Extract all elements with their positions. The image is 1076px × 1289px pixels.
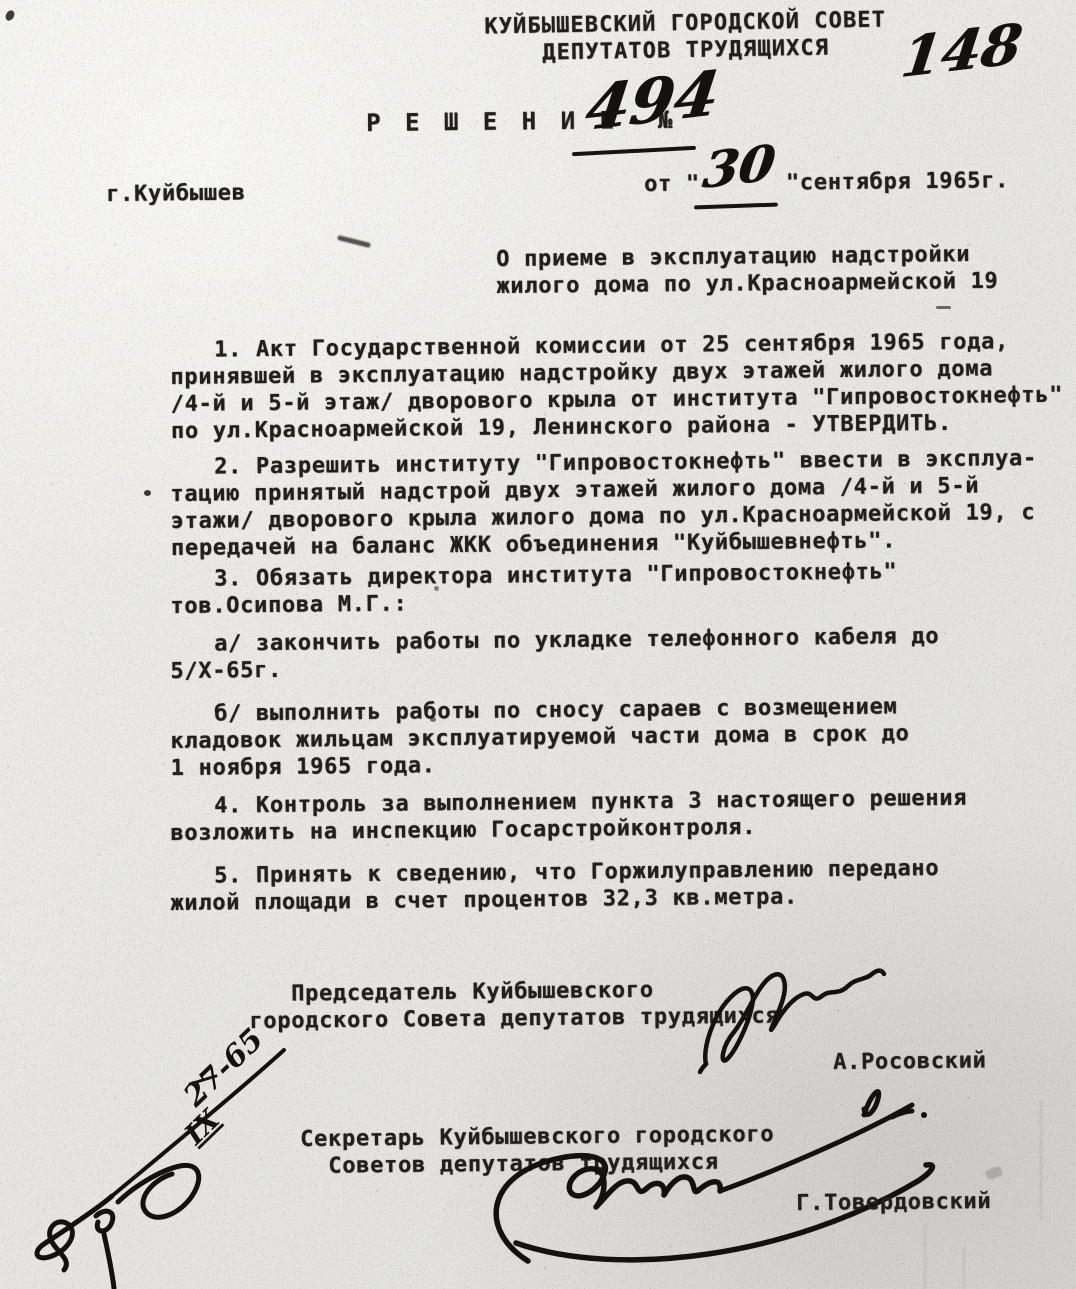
date-suffix: "сентября 1965г. [786, 168, 1009, 195]
ink-speck [434, 586, 439, 591]
ink-speck [144, 490, 151, 496]
paper-crease [924, 1225, 926, 1289]
paragraph-4: 4. Контроль за выполнением пункта 3 наст… [170, 783, 1076, 847]
decision-number-underline [572, 146, 696, 156]
paragraph-3: 3. Обязать директора института "Гипровос… [170, 556, 1076, 620]
date-line: от ""сентября 1965г. [644, 167, 1009, 198]
date-prefix: от " [644, 171, 700, 197]
chairman-name: А.Росовский [833, 1047, 987, 1076]
paper-crease [1040, 1100, 1042, 1220]
paragraph-2: 2. Разрешить институту "Гипровостокнефть… [170, 444, 1076, 562]
date-day-underline [694, 203, 778, 209]
margin-note-month: IX [177, 1102, 227, 1152]
ink-speck [430, 717, 436, 722]
paragraph-3b: б/ выполнить работы по сносу сараев с во… [170, 691, 1076, 782]
paragraph-1: 1. Акт Государственной комиссии от 25 се… [170, 327, 1076, 445]
ink-smudge [337, 235, 371, 248]
paper-crease [963, 1248, 965, 1289]
decision-number-handwritten: 494 [582, 63, 722, 140]
city-label: г.Куйбышев [106, 180, 246, 208]
scanned-document-page: КУЙБЫШЕВСКИЙ ГОРОДСКОЙ СОВЕТ ДЕПУТАТОВ Т… [0, 0, 1076, 1289]
paragraph-5: 5. Принять к сведению, что Горжилуправле… [170, 853, 1076, 917]
paper-blemish [985, 1166, 1003, 1181]
org-name: КУЙБЫШЕВСКИЙ ГОРОДСКОЙ СОВЕТ ДЕПУТАТОВ Т… [455, 6, 916, 68]
date-day-handwritten: 30 [700, 138, 777, 196]
subject: О приеме в эксплуатацию надстройки жилог… [496, 241, 999, 300]
subject-dash-mark [936, 306, 951, 309]
paragraph-3a: а/ закончить работы по укладке телефонно… [170, 621, 1076, 685]
secretary-signature [460, 1075, 980, 1285]
margin-note-signature: 27-65 IX [0, 1020, 300, 1289]
ink-speck [4, 9, 16, 23]
secretary-name: Г.Товердовский [796, 1188, 992, 1217]
page-number-handwritten: 148 [898, 16, 1025, 86]
